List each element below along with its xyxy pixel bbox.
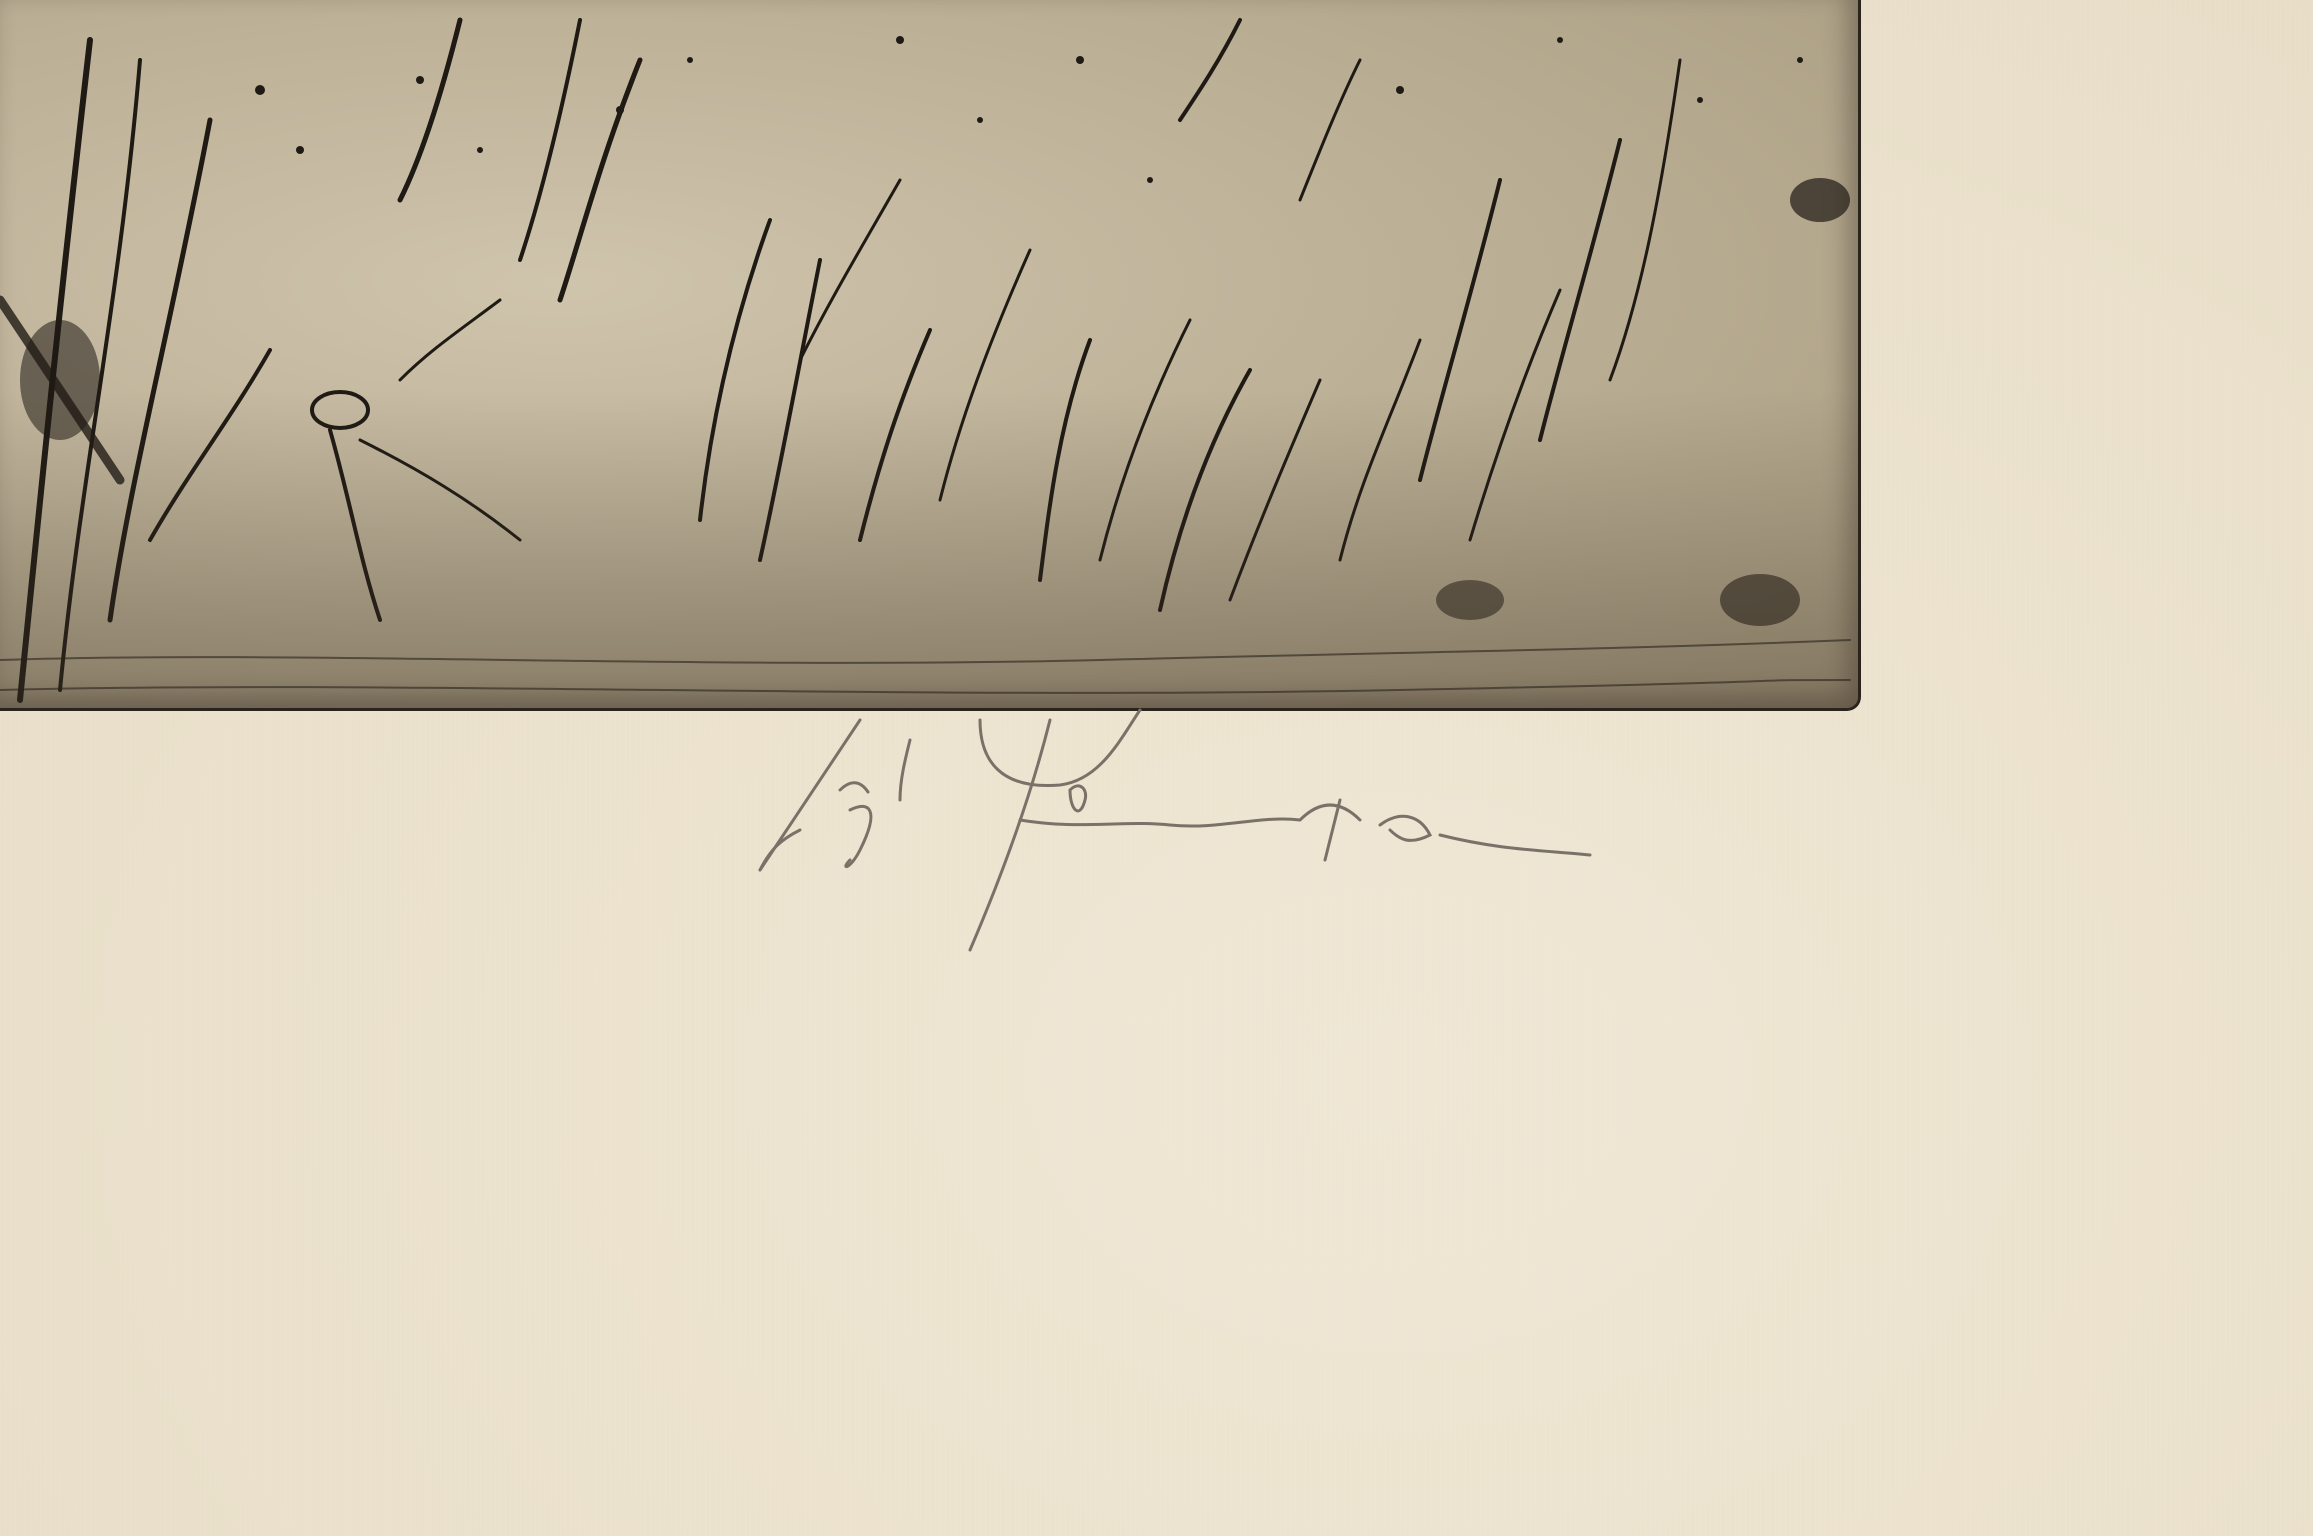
pencil-signature: Fritz Krumpe [740,700,1890,980]
plate-shadow [0,0,1858,708]
etching-plate [0,0,1861,711]
